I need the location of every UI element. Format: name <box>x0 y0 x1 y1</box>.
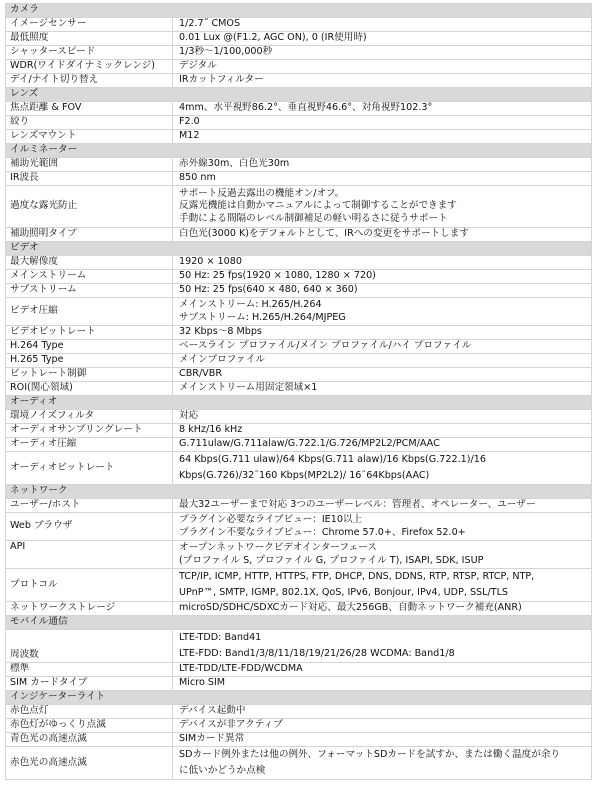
spec-value: M12 <box>173 130 592 144</box>
spec-value: CBR/VBR <box>173 368 592 382</box>
spec-row: 標準LTE-TDD/LTE-FDD/WCDMA <box>6 663 592 677</box>
spec-value: 白色光(3000 K)をデフォルトとして、IRへの変更をサポートします <box>173 228 592 242</box>
spec-label: 青色光の高速点滅 <box>6 733 173 747</box>
value-line: オープンネットワークビデオインターフェース <box>179 542 587 555</box>
spec-row: 絞りF2.0 <box>6 116 592 130</box>
section-header-video: ビデオ <box>6 242 592 256</box>
spec-value: 対応 <box>173 410 592 424</box>
spec-label: 赤色光の高速点滅 <box>6 747 173 780</box>
section-header-lens: レンズ <box>6 88 592 102</box>
spec-row: デイ/ナイト切り替えIRカットフィルター <box>6 74 592 88</box>
spec-value: 64 Kbps(G.711 ulaw)/64 Kbps(G.711 alaw)/… <box>173 452 592 485</box>
spec-value: 50 Hz: 25 fps(1920 × 1080, 1280 × 720) <box>173 270 592 284</box>
section-header-indicator: インジケーターライト <box>6 691 592 705</box>
section-title: モバイル通信 <box>6 616 592 630</box>
value-line: に低いかどうか点検 <box>179 763 587 779</box>
spec-label: オーディオビットレート <box>6 452 173 485</box>
spec-label: 最低照度 <box>6 32 173 46</box>
spec-label: オーディオサンプリングレート <box>6 424 173 438</box>
value-line: Kbps(G.726)/32˜160 Kbps(MP2L2)/ 16˜64Kbp… <box>179 468 587 484</box>
spec-value: デバイス起動中 <box>173 705 592 719</box>
spec-row: シャッタースピード1/3秒～1/100,000秒 <box>6 46 592 60</box>
spec-label: 焦点距離 & FOV <box>6 102 173 116</box>
spec-value: 1920 × 1080 <box>173 256 592 270</box>
spec-row: 焦点距離 & FOV4mm、水平視野86.2°、垂直視野46.6°、対角視野10… <box>6 102 592 116</box>
spec-value: 1/3秒～1/100,000秒 <box>173 46 592 60</box>
spec-row: H.265 Typeメインプロファイル <box>6 354 592 368</box>
spec-label: ビデオビットレート <box>6 326 173 340</box>
spec-label: 赤色灯がゆっくり点滅 <box>6 719 173 733</box>
section-header-mobile: モバイル通信 <box>6 616 592 630</box>
spec-value: ベースライン プロファイル/メイン プロファイル/ハイ プロファイル <box>173 340 592 354</box>
spec-label: SIM カードタイプ <box>6 677 173 691</box>
spec-row: 最大解像度1920 × 1080 <box>6 256 592 270</box>
spec-label: ビットレート制御 <box>6 368 173 382</box>
spec-value: デバイスが非アクティブ <box>173 719 592 733</box>
section-header-network: ネットワーク <box>6 485 592 499</box>
spec-row: 補助光範囲赤外線30m、白色光30m <box>6 158 592 172</box>
spec-label: レンズマウント <box>6 130 173 144</box>
section-title: ネットワーク <box>6 485 592 499</box>
section-title: イルミネーター <box>6 144 592 158</box>
spec-row: SIM カードタイプMicro SIM <box>6 677 592 691</box>
spec-row: ユーザー/ホスト最大32ユーザーまで対応 3つのユーザーレベル：管理者、オペレー… <box>6 499 592 513</box>
spec-label: ビデオ圧縮 <box>6 298 173 326</box>
value-line: LTE-TDD: Band41 <box>179 630 587 646</box>
spec-row: 青色光の高速点滅SIMカード異常 <box>6 733 592 747</box>
spec-row: ビデオビットレート32 Kbps～8 Mbps <box>6 326 592 340</box>
spec-label: ROI(関心領域) <box>6 382 173 396</box>
spec-row: APIオープンネットワークビデオインターフェース(プロファイル S, プロファイ… <box>6 541 592 569</box>
spec-value: TCP/IP, ICMP, HTTP, HTTPS, FTP, DHCP, DN… <box>173 569 592 602</box>
value-line: LTE-FDD: Band1/3/8/11/18/19/21/26/28 WCD… <box>179 646 587 662</box>
spec-value: メインストリーム用固定領域×1 <box>173 382 592 396</box>
spec-label: オーディオ圧縮 <box>6 438 173 452</box>
spec-value: デジタル <box>173 60 592 74</box>
spec-label: ネットワークストレージ <box>6 602 173 616</box>
spec-value: IRカットフィルター <box>173 74 592 88</box>
section-header-audio: オーディオ <box>6 396 592 410</box>
spec-value: LTE-TDD/LTE-FDD/WCDMA <box>173 663 592 677</box>
spec-row: 赤色点灯デバイス起動中 <box>6 705 592 719</box>
spec-value: SIMカード異常 <box>173 733 592 747</box>
spec-row: 赤色灯がゆっくり点滅デバイスが非アクティブ <box>6 719 592 733</box>
spec-label: IR波長 <box>6 172 173 186</box>
spec-value: 8 kHz/16 kHz <box>173 424 592 438</box>
spec-label: メインストリーム <box>6 270 173 284</box>
spec-value: 4mm、水平視野86.2°、垂直視野46.6°、対角視野102.3° <box>173 102 592 116</box>
spec-value: 最大32ユーザーまで対応 3つのユーザーレベル：管理者、オペレーター、ユーザー <box>173 499 592 513</box>
spec-label: ユーザー/ホスト <box>6 499 173 513</box>
spec-value: G.711ulaw/G.711alaw/G.722.1/G.726/MP2L2/… <box>173 438 592 452</box>
spec-value: microSD/SDHC/SDXCカード対応、最大256GB、自動ネットワーク補… <box>173 602 592 616</box>
spec-value: F2.0 <box>173 116 592 130</box>
spec-value: Micro SIM <box>173 677 592 691</box>
spec-table: カメラ イメージセンサー1/2.7˝ CMOS 最低照度0.01 Lux @(F… <box>5 3 592 780</box>
spec-label: 絞り <box>6 116 173 130</box>
spec-row: オーディオサンプリングレート8 kHz/16 kHz <box>6 424 592 438</box>
spec-label: デイ/ナイト切り替え <box>6 74 173 88</box>
spec-label: 補助光範囲 <box>6 158 173 172</box>
spec-row: 補助照明タイプ白色光(3000 K)をデフォルトとして、IRへの変更をサポートし… <box>6 228 592 242</box>
spec-value: 0.01 Lux @(F1.2, AGC ON), 0 (IR使用時) <box>173 32 592 46</box>
spec-row: H.264 Typeベースライン プロファイル/メイン プロファイル/ハイ プロ… <box>6 340 592 354</box>
value-line: 反露光機能は自動かマニュアルによって制御することができます <box>179 200 587 213</box>
spec-label: H.264 Type <box>6 340 173 354</box>
spec-row: イメージセンサー1/2.7˝ CMOS <box>6 18 592 32</box>
spec-row: ROI(関心領域)メインストリーム用固定領域×1 <box>6 382 592 396</box>
spec-value: メインストリーム: H.265/H.264サブストリーム: H.265/H.26… <box>173 298 592 326</box>
spec-value: 32 Kbps～8 Mbps <box>173 326 592 340</box>
spec-value: サポート反過去露出の機能オン/オフ。反露光機能は自動かマニュアルによって制御する… <box>173 186 592 228</box>
spec-row: Web ブラウザプラグイン必要なライブビュー：IE10以上プラグイン不要なライブ… <box>6 513 592 541</box>
spec-row: IR波長850 nm <box>6 172 592 186</box>
spec-label: シャッタースピード <box>6 46 173 60</box>
spec-label: サブストリーム <box>6 284 173 298</box>
value-line: TCP/IP, ICMP, HTTP, HTTPS, FTP, DHCP, DN… <box>179 569 587 585</box>
spec-label: 過度な露光防止 <box>6 186 173 228</box>
spec-label: API <box>6 541 173 569</box>
spec-label: 最大解像度 <box>6 256 173 270</box>
value-line: 64 Kbps(G.711 ulaw)/64 Kbps(G.711 alaw)/… <box>179 452 587 468</box>
spec-label: 赤色点灯 <box>6 705 173 719</box>
spec-row: プロトコルTCP/IP, ICMP, HTTP, HTTPS, FTP, DHC… <box>6 569 592 602</box>
spec-row: ネットワークストレージmicroSD/SDHC/SDXCカード対応、最大256G… <box>6 602 592 616</box>
spec-label: 補助照明タイプ <box>6 228 173 242</box>
spec-row: ビデオ圧縮メインストリーム: H.265/H.264サブストリーム: H.265… <box>6 298 592 326</box>
spec-row: WDR(ワイドダイナミックレンジ)デジタル <box>6 60 592 74</box>
spec-label: H.265 Type <box>6 354 173 368</box>
spec-row: レンズマウントM12 <box>6 130 592 144</box>
spec-value: オープンネットワークビデオインターフェース(プロファイル S, プロファイル G… <box>173 541 592 569</box>
spec-label: プロトコル <box>6 569 173 602</box>
section-title: レンズ <box>6 88 592 102</box>
spec-value: 赤外線30m、白色光30m <box>173 158 592 172</box>
value-line: (プロファイル S, プロファイル G, プロファイル T), ISAPI, S… <box>179 555 587 568</box>
spec-value: 850 nm <box>173 172 592 186</box>
spec-row: 最低照度0.01 Lux @(F1.2, AGC ON), 0 (IR使用時) <box>6 32 592 46</box>
spec-row: サブストリーム50 Hz: 25 fps(640 × 480, 640 × 36… <box>6 284 592 298</box>
value-line: プラグイン必要なライブビュー：IE10以上 <box>179 514 587 527</box>
value-line: UPnP™, SMTP, IGMP, 802.1X, QoS, IPv6, Bo… <box>179 585 587 601</box>
spec-value: 1/2.7˝ CMOS <box>173 18 592 32</box>
spec-row: 赤色光の高速点滅SDカード例外または他の例外、フォーマットSDカードを試すか、ま… <box>6 747 592 780</box>
spec-row: オーディオ圧縮G.711ulaw/G.711alaw/G.722.1/G.726… <box>6 438 592 452</box>
spec-label: Web ブラウザ <box>6 513 173 541</box>
spec-row: 環境ノイズフィルタ対応 <box>6 410 592 424</box>
section-title: インジケーターライト <box>6 691 592 705</box>
value-line: サポート反過去露出の機能オン/オフ。 <box>179 188 587 201</box>
section-title: カメラ <box>6 4 592 18</box>
section-header-camera: カメラ <box>6 4 592 18</box>
spec-value: 50 Hz: 25 fps(640 × 480, 640 × 360) <box>173 284 592 298</box>
spec-label: 環境ノイズフィルタ <box>6 410 173 424</box>
value-line: メインストリーム: H.265/H.264 <box>179 299 587 312</box>
value-line: プラグイン不要なライブビュー：Chrome 57.0+、Firefox 52.0… <box>179 527 587 540</box>
spec-row: メインストリーム50 Hz: 25 fps(1920 × 1080, 1280 … <box>6 270 592 284</box>
section-title: オーディオ <box>6 396 592 410</box>
spec-row: オーディオビットレート64 Kbps(G.711 ulaw)/64 Kbps(G… <box>6 452 592 485</box>
spec-value: SDカード例外または他の例外、フォーマットSDカードを試すか、または働く温度が余… <box>173 747 592 780</box>
spec-row: ビットレート制御CBR/VBR <box>6 368 592 382</box>
spec-value: プラグイン必要なライブビュー：IE10以上プラグイン不要なライブビュー：Chro… <box>173 513 592 541</box>
value-line: サブストリーム: H.265/H.264/MJPEG <box>179 312 587 325</box>
spec-label: イメージセンサー <box>6 18 173 32</box>
spec-value: LTE-TDD: Band41LTE-FDD: Band1/3/8/11/18/… <box>173 630 592 663</box>
value-line: SDカード例外または他の例外、フォーマットSDカードを試すか、または働く温度が余… <box>179 747 587 763</box>
spec-value: メインプロファイル <box>173 354 592 368</box>
value-line: 手動による間隔のレベル制御補足の軽い明るさに従うサポート <box>179 213 587 226</box>
spec-row: 過度な露光防止サポート反過去露出の機能オン/オフ。反露光機能は自動かマニュアルに… <box>6 186 592 228</box>
spec-label: 周波数 <box>6 630 173 663</box>
spec-row: 周波数LTE-TDD: Band41LTE-FDD: Band1/3/8/11/… <box>6 630 592 663</box>
spec-label: 標準 <box>6 663 173 677</box>
section-header-illuminator: イルミネーター <box>6 144 592 158</box>
section-title: ビデオ <box>6 242 592 256</box>
spec-label: WDR(ワイドダイナミックレンジ) <box>6 60 173 74</box>
